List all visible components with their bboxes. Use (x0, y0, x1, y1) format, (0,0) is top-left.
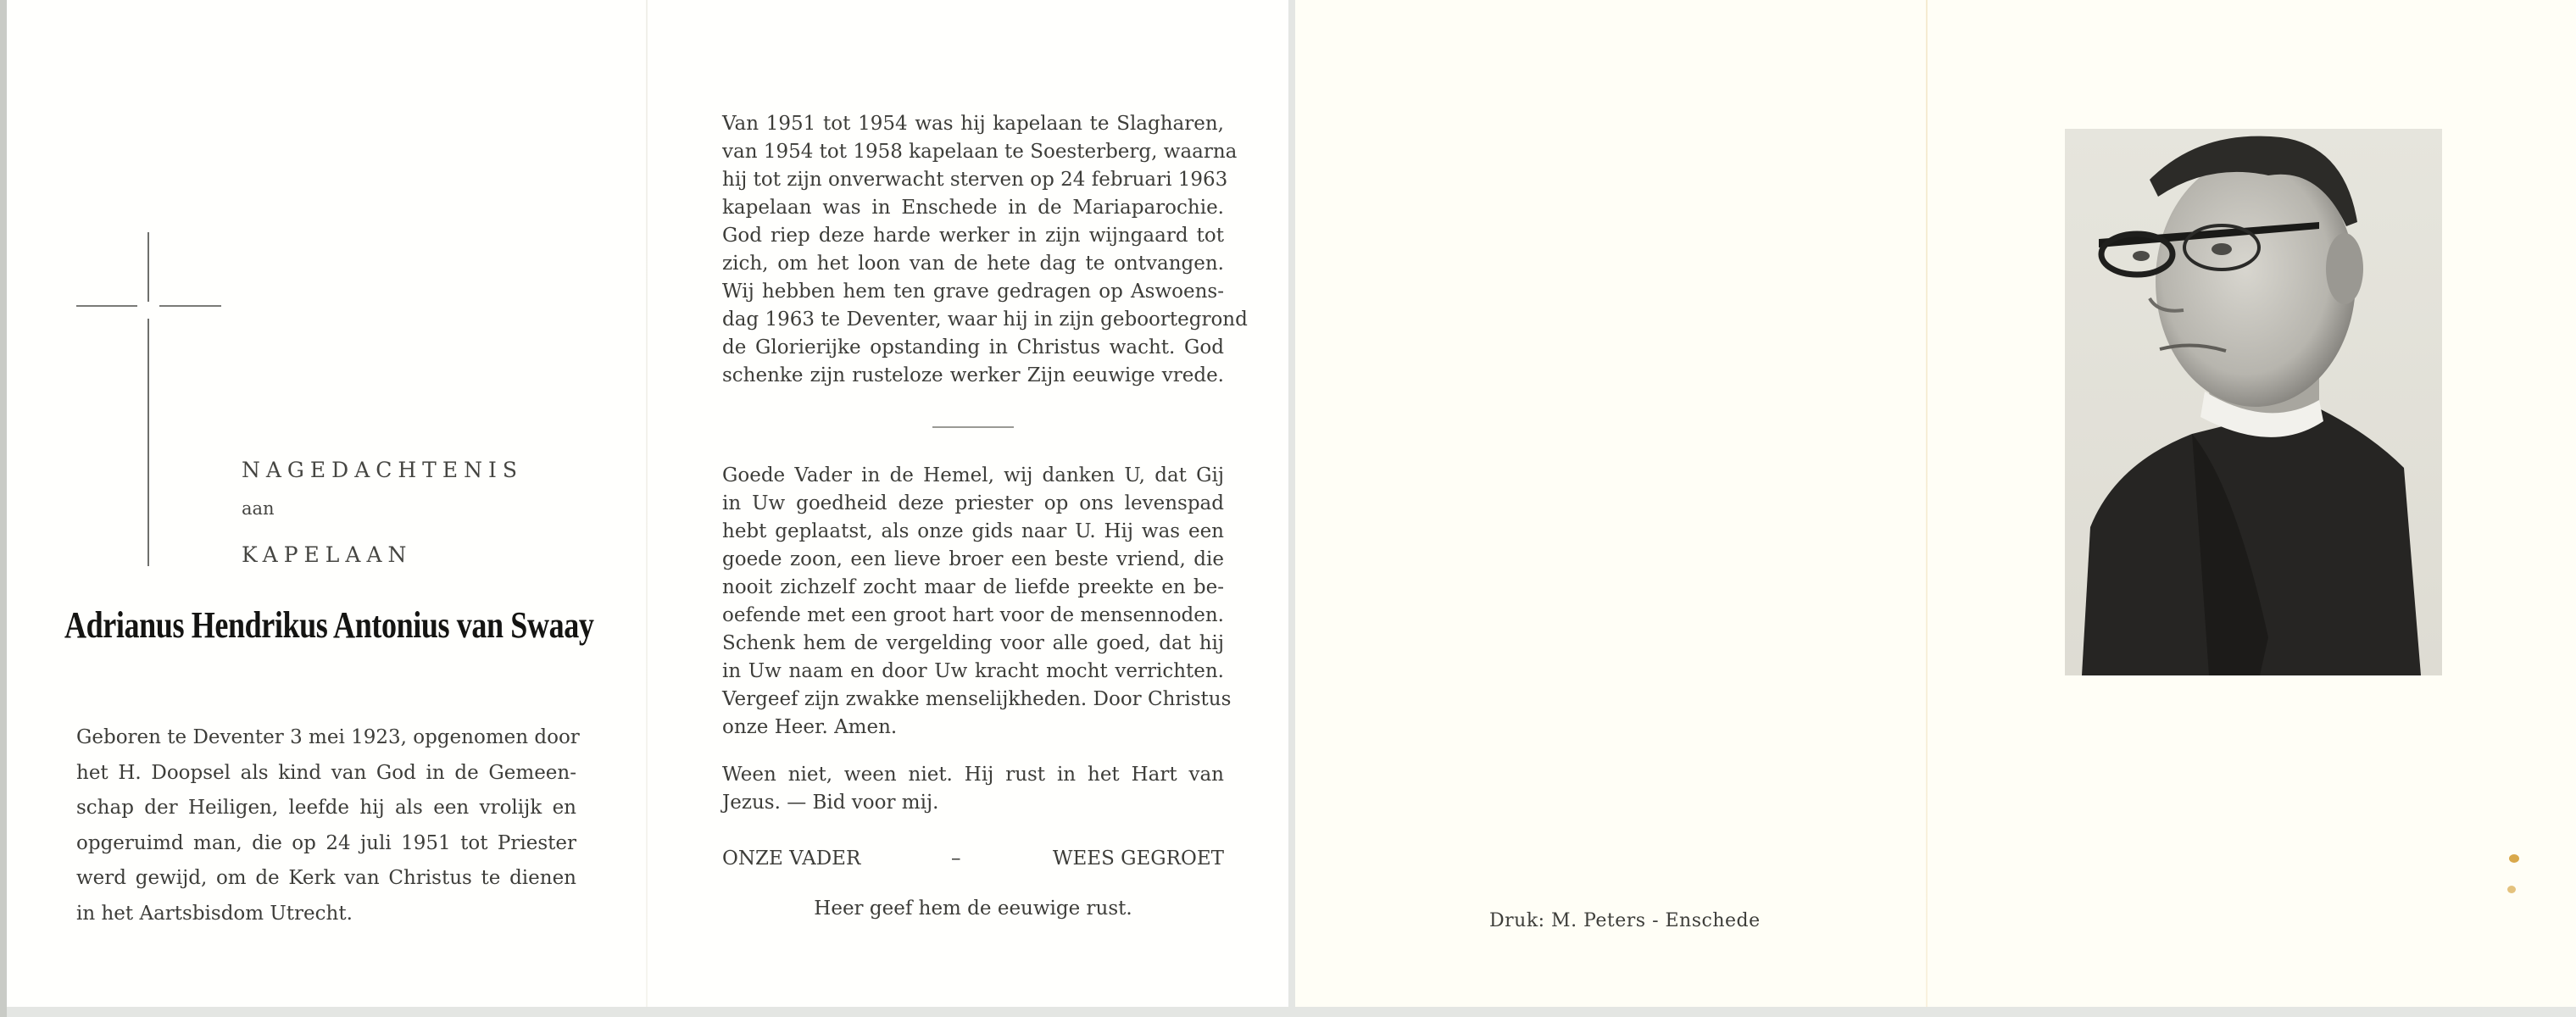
consolation-paragraph: Ween niet, ween niet. Hij rust in het Ha… (722, 761, 1224, 817)
prayer-separator: – (951, 847, 961, 870)
text-line: hebt geplaatst, als onze gids naar U. Hi… (722, 518, 1224, 546)
text-line: onze Heer. Amen. (722, 714, 1224, 742)
text-line: Jezus. — Bid voor mij. (722, 789, 1224, 817)
prayer-paragraph: Goede Vader in de Hemel, wij danken U, d… (722, 462, 1224, 742)
text-line: het H. Doopsel als kind van God in de Ge… (76, 756, 576, 792)
text-line: zich, om het loon van de hete dag te ont… (722, 250, 1224, 278)
paper-stain (2507, 886, 2516, 893)
printer-credit: Druk: M. Peters - Enschede (1489, 910, 1761, 931)
text-line: oefende met een groot hart voor de mense… (722, 602, 1224, 630)
heading-to: aan (242, 498, 275, 519)
fold-line-left (646, 0, 648, 1007)
text-line: in Uw naam en door Uw kracht mocht verri… (722, 658, 1224, 686)
deceased-name: Adrianus Hendrikus Antonius van Swaay (64, 603, 593, 647)
career-paragraph: Van 1951 tot 1954 was hij kapelaan te Sl… (722, 110, 1224, 390)
heading-in-memory: NAGEDACHTENIS (242, 458, 523, 482)
portrait-illustration (2065, 129, 2442, 675)
text-line: goede zoon, een lieve broer een beste vr… (722, 546, 1224, 574)
text-line: Goede Vader in de Hemel, wij danken U, d… (722, 462, 1224, 490)
text-line: Vergeef zijn zwakke menselijkheden. Door… (722, 686, 1224, 714)
paper-stain (2509, 854, 2519, 863)
text-line: God riep deze harde werker in zijn wijng… (722, 222, 1224, 250)
text-line: Van 1951 tot 1954 was hij kapelaan te Sl… (722, 110, 1224, 138)
prayer-our-father: ONZE VADER (722, 847, 860, 870)
text-line: Schenk hem de vergelding voor alle goed,… (722, 630, 1224, 658)
section-divider (932, 426, 1014, 428)
prayer-requests: ONZE VADER – WEES GEGROET (722, 847, 1224, 873)
text-line: van 1954 tot 1958 kapelaan te Soesterber… (722, 138, 1224, 166)
text-line: nooit zichzelf zocht maar de liefde pree… (722, 574, 1224, 602)
text-line: schenke zijn rusteloze werker Zijn eeuwi… (722, 362, 1224, 390)
text-line: werd gewijd, om de Kerk van Christus te … (76, 861, 576, 897)
text-line: schap der Heiligen, leefde hij als een v… (76, 791, 576, 826)
heading-title: KAPELAAN (242, 542, 412, 567)
text-line: in Uw goedheid deze priester op ons leve… (722, 490, 1224, 518)
fold-line-right (1926, 0, 1928, 1007)
text-line: dag 1963 te Deventer, waar hij in zijn g… (722, 306, 1224, 334)
text-line: in het Aartsbisdom Utrecht. (76, 897, 576, 932)
text-line: de Glorierijke opstanding in Christus wa… (722, 334, 1224, 362)
closing-line: Heer geef hem de eeuwige rust. (722, 898, 1224, 920)
text-line: opgeruimd man, die op 24 juli 1951 tot P… (76, 826, 576, 862)
portrait-photo (2065, 129, 2442, 675)
text-line: Wij hebben hem ten grave gedragen op Asw… (722, 278, 1224, 306)
text-line: kapelaan was in Enschede in de Mariaparo… (722, 194, 1224, 222)
text-line: Geboren te Deventer 3 mei 1923, opgenome… (76, 720, 576, 756)
scan-edge (0, 0, 7, 1017)
biography-paragraph: Geboren te Deventer 3 mei 1923, opgenome… (76, 720, 576, 931)
text-line: hij tot zijn onverwacht sterven op 24 fe… (722, 166, 1224, 194)
prayer-hail-mary: WEES GEGROET (1053, 847, 1224, 870)
text-line: Ween niet, ween niet. Hij rust in het Ha… (722, 761, 1224, 789)
